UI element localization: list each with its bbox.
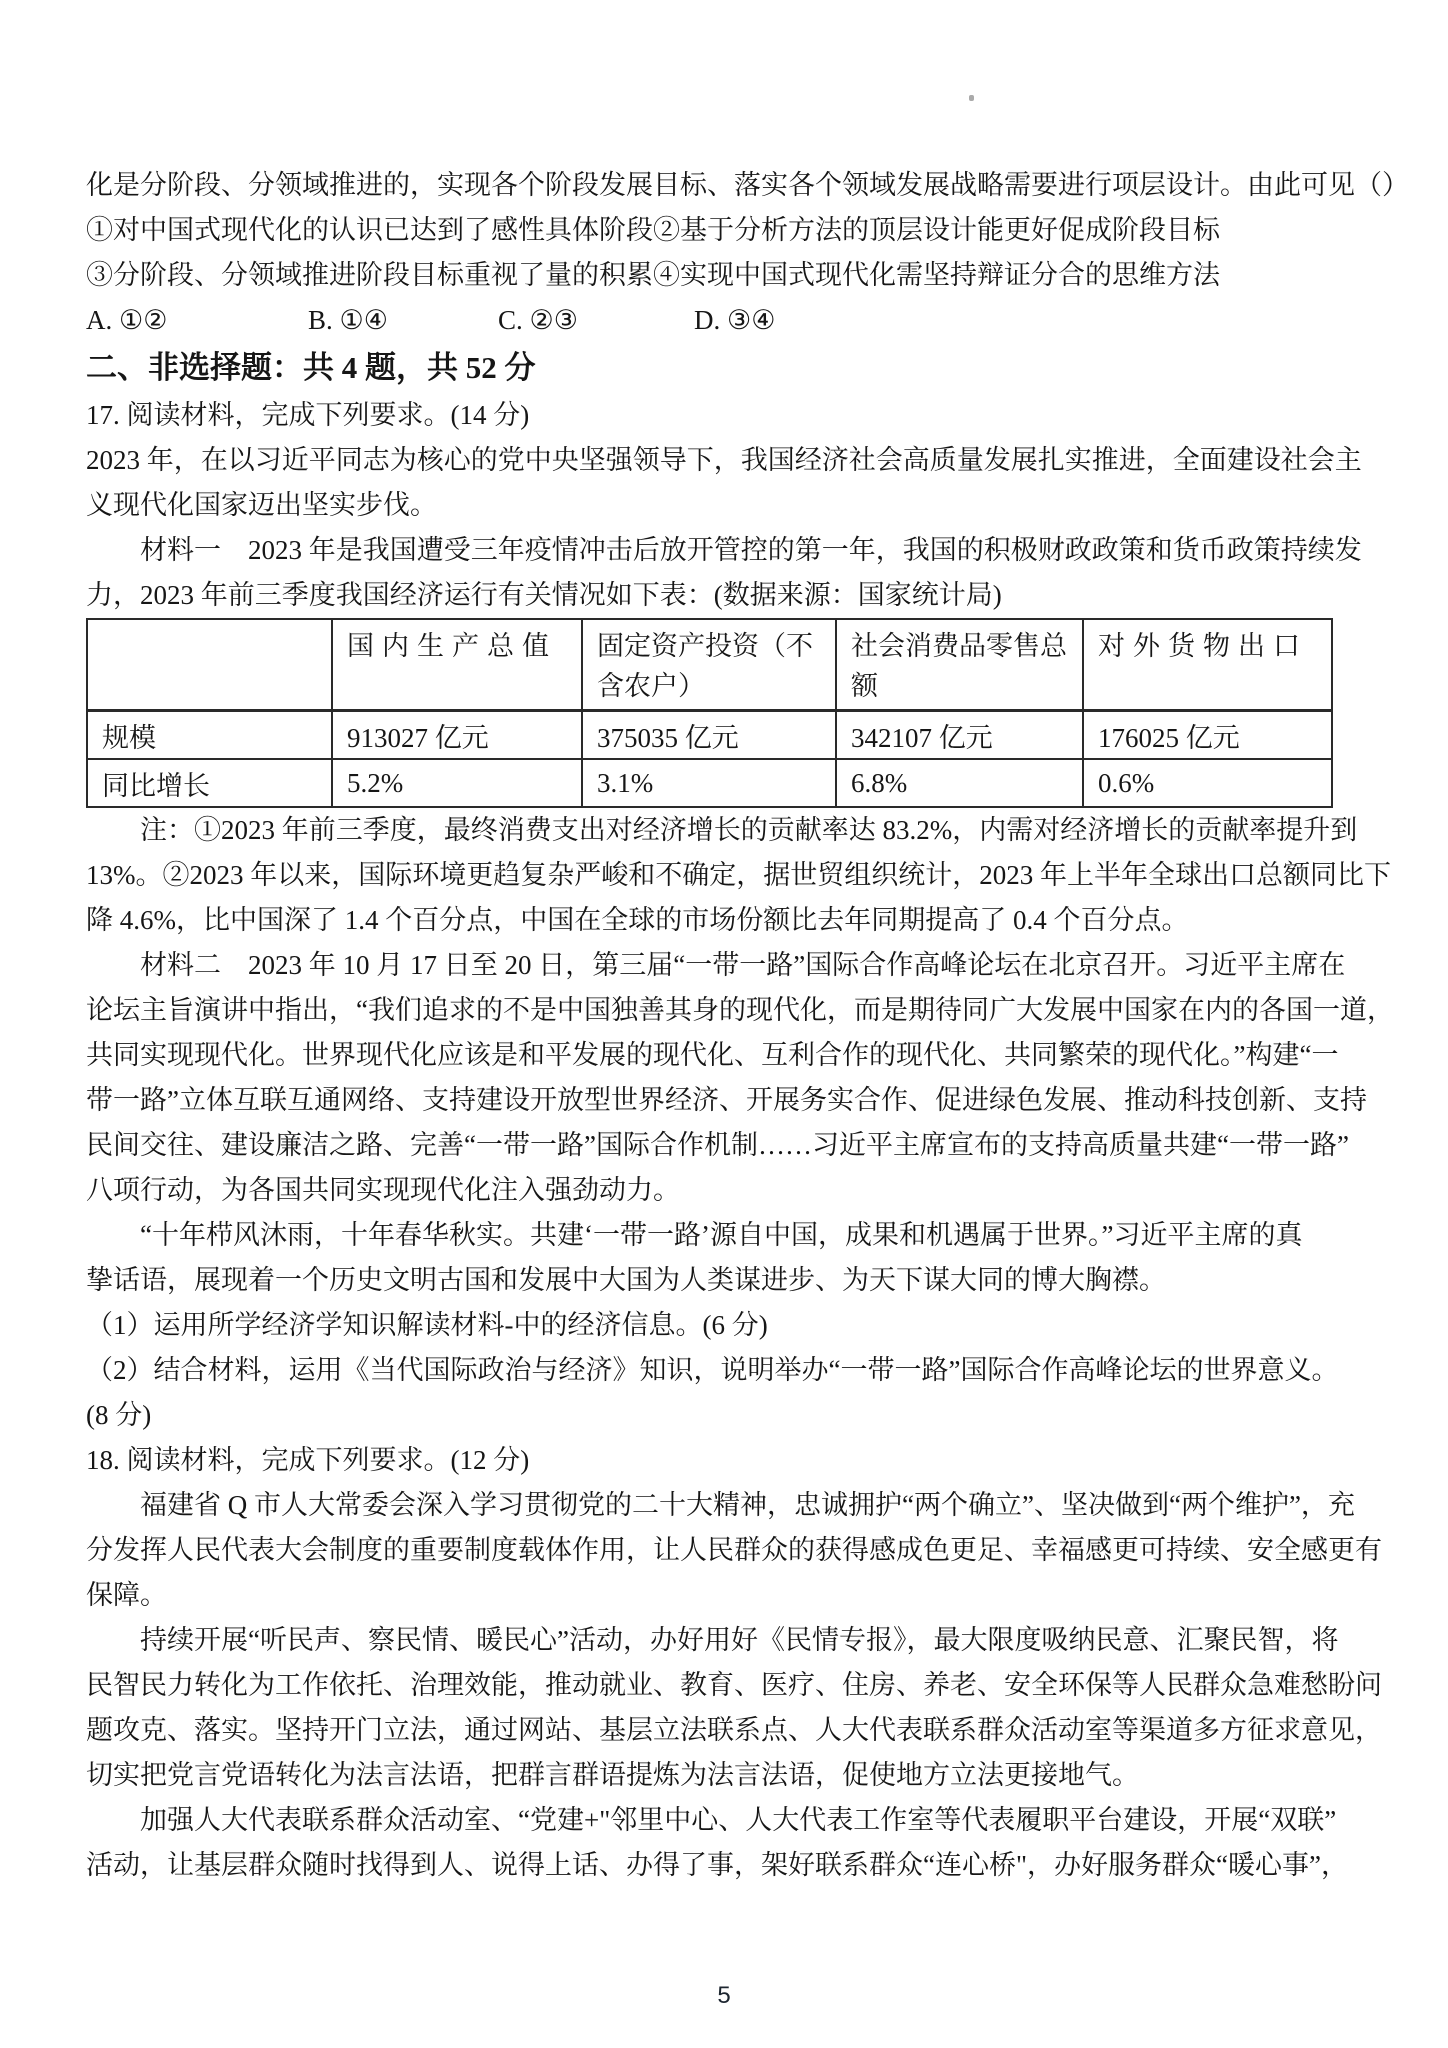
mcq-statement-line-1-2: ①对中国式现代化的认识已达到了感性具体阶段②基于分析方法的顶层设计能更好促成阶段… xyxy=(86,208,1366,253)
q18-para2-line: 持续开展“听民声、察民情、暖民心”活动，办好用好《民情专报》，最大限度吸纳民意、… xyxy=(86,1618,1366,1663)
q18-para2-line: 民智民力转化为工作依托、治理效能，推动就业、教育、医疗、住房、养老、安全环保等人… xyxy=(86,1663,1366,1708)
q17-material2-line: 民间交往、建设廉洁之路、完善“一带一路”国际合作机制……习近平主席宣布的支持高质… xyxy=(86,1123,1366,1168)
table-header-retail-sales: 社会消费品零售总额 xyxy=(836,619,1083,711)
cell-retail-scale: 342107 亿元 xyxy=(836,711,1083,760)
mcq-statement-line-3-4: ③分阶段、分领域推进阶段目标重视了量的积累④实现中国式现代化需坚持辩证分合的思维… xyxy=(86,253,1366,298)
table-header-goods-export: 对外货物出口 xyxy=(1083,619,1332,711)
option-d: D. ③④ xyxy=(694,298,775,343)
page-number: 5 xyxy=(0,1982,1448,2010)
cell-gdp-scale: 913027 亿元 xyxy=(332,711,582,760)
q17-material2-line: 共同实现现代化。世界现代化应该是和平发展的现代化、互利合作的现代化、共同繁荣的现… xyxy=(86,1033,1366,1078)
q17-subquestion-1: （1）运用所学经济学知识解读材料-中的经济信息。(6 分) xyxy=(86,1303,1366,1348)
stray-mark-artifact xyxy=(969,95,974,101)
q18-para1-line: 分发挥人民代表大会制度的重要制度载体作用，让人民群众的获得感成色更足、幸福感更可… xyxy=(86,1528,1366,1573)
section-two-heading: 二、非选择题：共 4 题，共 52 分 xyxy=(86,343,1366,393)
option-b: B. ①④ xyxy=(308,298,498,343)
row-label: 同比增长 xyxy=(87,759,332,807)
cell-investment-scale: 375035 亿元 xyxy=(582,711,836,760)
row-label: 规模 xyxy=(87,711,332,760)
q17-material2-line: 材料二 2023 年 10 月 17 日至 20 日，第三届“一带一路”国际合作… xyxy=(86,943,1366,988)
q17-note-line: 注：①2023 年前三季度，最终消费支出对经济增长的贡献率达 83.2%，内需对… xyxy=(86,808,1366,853)
cell-retail-growth: 6.8% xyxy=(836,759,1083,807)
q18-para1-line: 保障。 xyxy=(86,1573,1366,1618)
q18-para3-line: 活动，让基层群众随时找得到人、说得上话、办得了事，架好联系群众“连心桥"，办好服… xyxy=(86,1843,1366,1888)
q17-material2-line: 带一路”立体互联互通网络、支持建设开放型世界经济、开展务实合作、促进绿色发展、推… xyxy=(86,1078,1366,1123)
table-row-scale: 规模 913027 亿元 375035 亿元 342107 亿元 176025 … xyxy=(87,711,1332,760)
q18-para2-line: 切实把党言党语转化为法言法语，把群言群语提炼为法言法语，促使地方立法更接地气。 xyxy=(86,1753,1366,1798)
table-header-row: 国内生产总值 固定资产投资（不含农户） 社会消费品零售总额 对外货物出口 xyxy=(87,619,1332,711)
cell-export-growth: 0.6% xyxy=(1083,759,1332,807)
table-header-empty-cell xyxy=(87,619,332,711)
q17-material2-line: 论坛主旨演讲中指出，“我们追求的不是中国独善其身的现代化，而是期待同广大发展中国… xyxy=(86,988,1366,1033)
table-header-fixed-investment: 固定资产投资（不含农户） xyxy=(582,619,836,711)
q17-note-line: 13%。②2023 年以来，国际环境更趋复杂严峻和不确定，据世贸组织统计，202… xyxy=(86,853,1366,898)
q17-material1-line: 材料一 2023 年是我国遭受三年疫情冲击后放开管控的第一年，我国的积极财政政策… xyxy=(86,528,1366,573)
economy-statistics-table: 国内生产总值 固定资产投资（不含农户） 社会消费品零售总额 对外货物出口 规模 … xyxy=(86,618,1333,808)
q18-para1-line: 福建省 Q 市人大常委会深入学习贯彻党的二十大精神，忠诚拥护“两个确立”、坚决做… xyxy=(86,1483,1366,1528)
q17-quote-line: 挚话语，展现着一个历史文明古国和发展中大国为人类谋进步、为天下谋大同的博大胸襟。 xyxy=(86,1258,1366,1303)
table-row-yoy-growth: 同比增长 5.2% 3.1% 6.8% 0.6% xyxy=(87,759,1332,807)
cell-gdp-growth: 5.2% xyxy=(332,759,582,807)
q18-para3-line: 加强人大代表联系群众活动室、“党建+"邻里中心、人大代表工作室等代表履职平台建设… xyxy=(86,1798,1366,1843)
mcq-stem-line: 化是分阶段、分领域推进的，实现各个阶段发展目标、落实各个领域发展战略需要进行项层… xyxy=(86,163,1366,208)
q17-intro-line: 2023 年，在以习近平同志为核心的党中央坚强领导下，我国经济社会高质量发展扎实… xyxy=(86,438,1366,483)
exam-page-body: 化是分阶段、分领域推进的，实现各个阶段发展目标、落实各个领域发展战略需要进行项层… xyxy=(86,163,1366,1888)
cell-export-scale: 176025 亿元 xyxy=(1083,711,1332,760)
q17-subquestion-2: （2）结合材料，运用《当代国际政治与经济》知识，说明举办“一带一路”国际合作高峰… xyxy=(86,1348,1366,1393)
q17-title: 17. 阅读材料，完成下列要求。(14 分) xyxy=(86,393,1366,438)
q17-note-line: 降 4.6%，比中国深了 1.4 个百分点，中国在全球的市场份额比去年同期提高了… xyxy=(86,898,1366,943)
q17-quote-line: “十年栉风沐雨，十年春华秋实。共建‘一带一路’源自中国，成果和机遇属于世界。”习… xyxy=(86,1213,1366,1258)
q18-title: 18. 阅读材料，完成下列要求。(12 分) xyxy=(86,1438,1366,1483)
table-header-gdp: 国内生产总值 xyxy=(332,619,582,711)
cell-investment-growth: 3.1% xyxy=(582,759,836,807)
q17-material2-line: 八项行动，为各国共同实现现代化注入强劲动力。 xyxy=(86,1168,1366,1213)
q17-subquestion-2-points: (8 分) xyxy=(86,1393,1366,1438)
mcq-options-row: A. ①② B. ①④ C. ②③ D. ③④ xyxy=(86,298,1366,343)
option-a: A. ①② xyxy=(86,298,308,343)
option-c: C. ②③ xyxy=(498,298,694,343)
q18-para2-line: 题攻克、落实。坚持开门立法，通过网站、基层立法联系点、人大代表联系群众活动室等渠… xyxy=(86,1708,1366,1753)
q17-intro-line: 义现代化国家迈出坚实步伐。 xyxy=(86,483,1366,528)
q17-material1-line: 力，2023 年前三季度我国经济运行有关情况如下表：(数据来源：国家统计局) xyxy=(86,573,1366,618)
